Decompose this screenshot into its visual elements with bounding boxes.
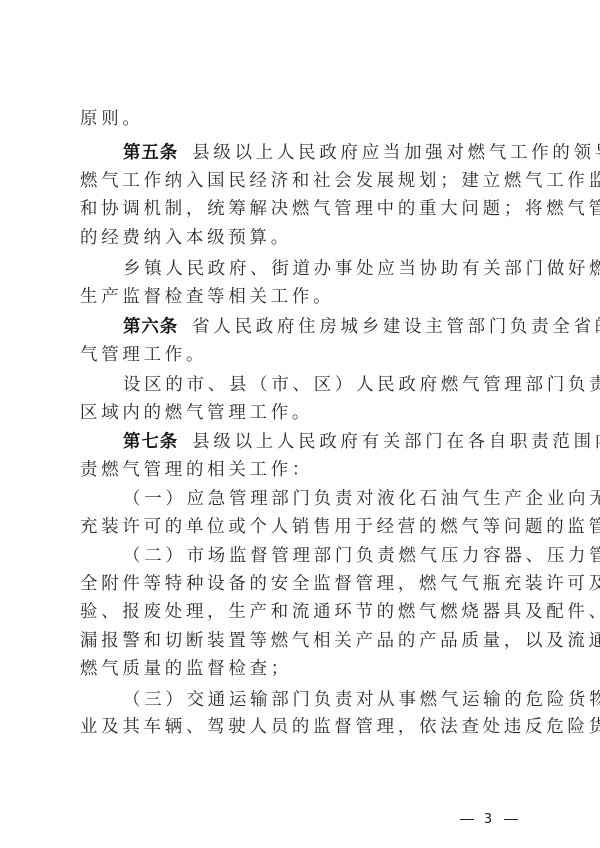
text-line: 气管理工作。 [80,343,530,367]
list-item-line: （一）应急管理部门负责对液化石油气生产企业向无经营或 [123,487,533,511]
dash-right [504,819,518,820]
text-line: 全附件等特种设备的安全监督管理，燃气气瓶充装许可及监督检 [80,572,530,596]
text-line: 原则。 [80,107,530,131]
text-line: 区域内的燃气管理工作。 [80,401,530,425]
text-line: 业及其车辆、驾驶人员的监督管理，依法查处违反危险货物运输 [80,715,530,739]
article-heading-line: 第七条县级以上人民政府有关部门在各自职责范围内负 [123,430,533,454]
dash-left [460,819,474,820]
text-line: 漏报警和切断装置等燃气相关产品的产品质量，以及流通环节的 [80,629,530,653]
text-line: 燃气质量的监督检查； [80,657,530,681]
article-number: 第七条 [123,432,178,452]
article-number: 第六条 [123,317,178,337]
article-number: 第五条 [123,143,178,163]
text-line: 和协调机制，统筹解决燃气管理中的重大问题；将燃气管理工作 [80,197,530,221]
text-line: 验、报废处理，生产和流通环节的燃气燃烧器具及配件、燃气泄 [80,600,530,624]
article-heading-line: 第五条县级以上人民政府应当加强对燃气工作的领导，将 [123,141,533,165]
article-heading-line: 第六条省人民政府住房城乡建设主管部门负责全省的燃 [123,315,533,339]
text-line: 设区的市、县（市、区）人民政府燃气管理部门负责本行政 [123,373,533,397]
text-line: 燃气工作纳入国民经济和社会发展规划；建立燃气工作监督管理 [80,169,530,193]
text-line: 的经费纳入本级预算。 [80,226,530,250]
page-number-value: 3 [484,812,494,827]
text-line: 充装许可的单位或个人销售用于经营的燃气等问题的监管； [80,515,530,539]
page-number: 3 [449,812,529,827]
list-item-line: （三）交通运输部门负责对从事燃气运输的危险货物运输企 [123,688,533,712]
text-line: 生产监督检查等相关工作。 [80,285,530,309]
list-item-line: （二）市场监督管理部门负责燃气压力容器、压力管道及安 [123,544,533,568]
text-line: 责燃气管理的相关工作： [80,458,530,482]
document-page: 原则。 第五条县级以上人民政府应当加强对燃气工作的领导，将 燃气工作纳入国民经济… [0,0,600,848]
text-line: 乡镇人民政府、街道办事处应当协助有关部门做好燃气安全 [123,257,533,281]
